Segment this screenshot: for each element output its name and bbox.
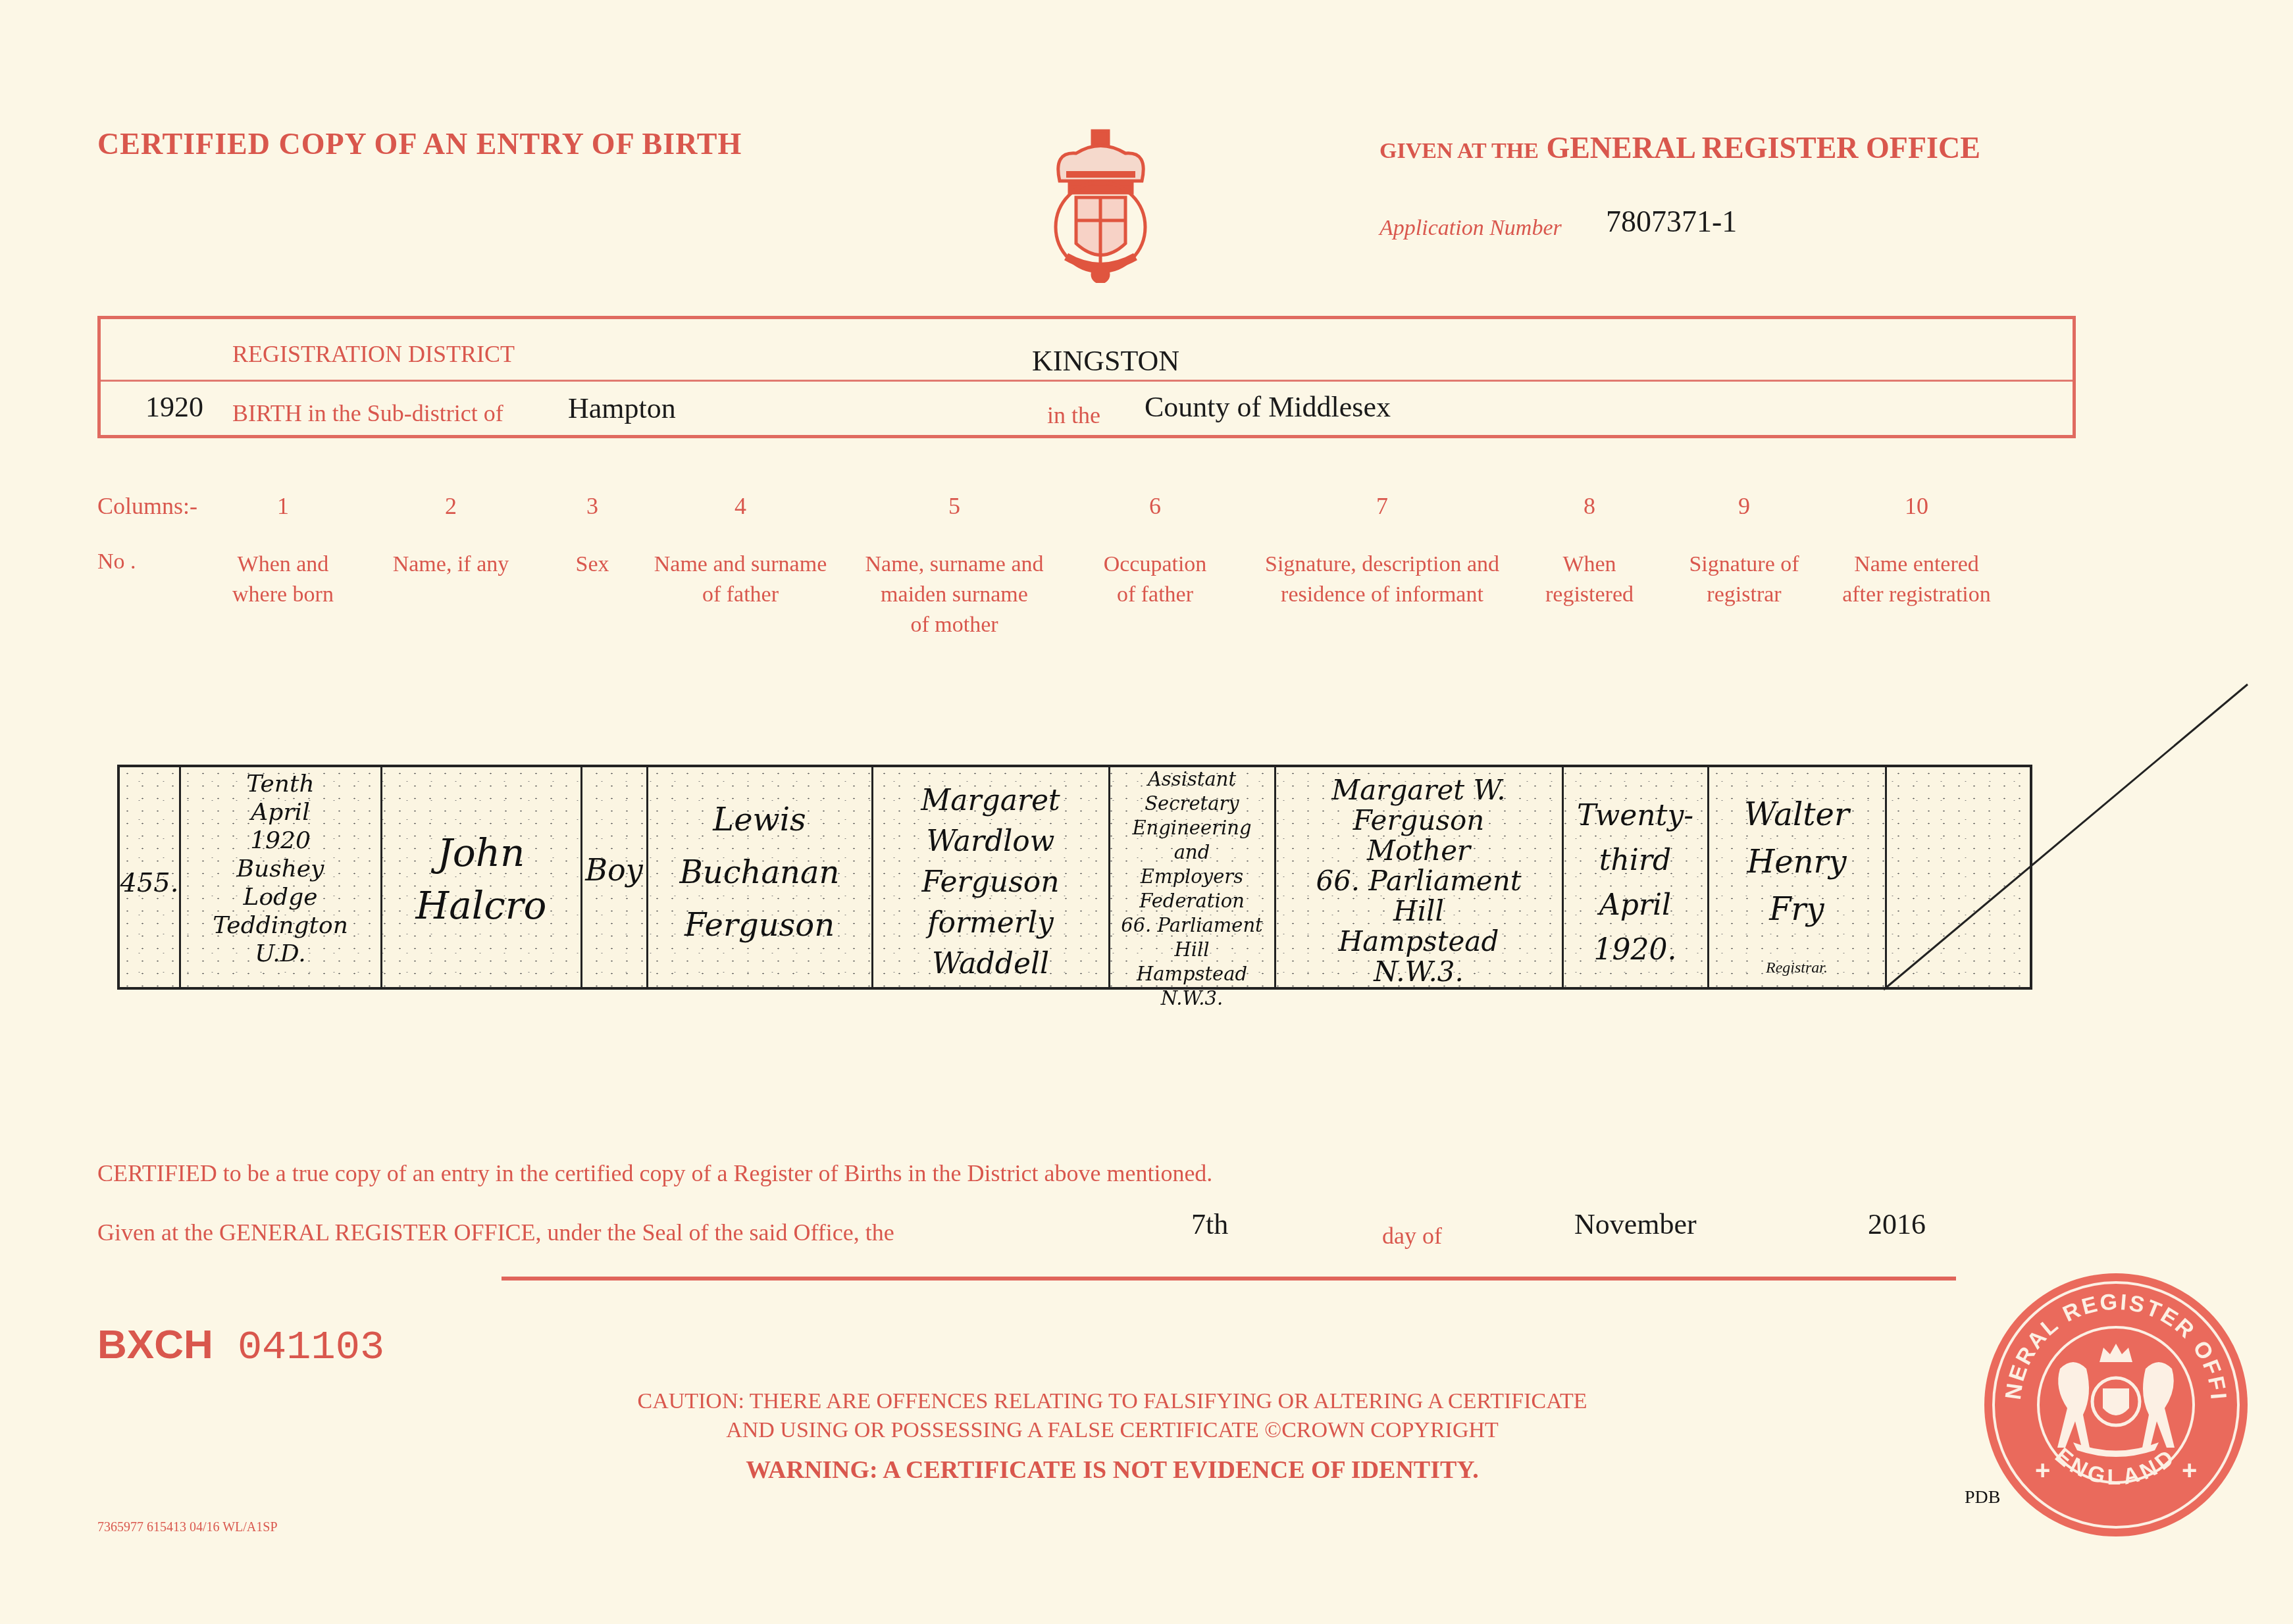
certificate-serial: BXCH 041103 [97, 1321, 384, 1371]
sub-district-label: BIRTH in the Sub-district of [232, 399, 503, 427]
column-heading-informant: Signature, description and residence of … [1265, 549, 1499, 610]
caution-notice: CAUTION: THERE ARE OFFENCES RELATING TO … [637, 1387, 1587, 1445]
column-number-5: 5 [948, 492, 960, 520]
column-number-1: 1 [277, 492, 289, 520]
in-the-label: in the [1047, 401, 1100, 429]
column-number-2: 2 [445, 492, 457, 520]
birth-year: 1920 [145, 390, 203, 424]
county-value: County of Middlesex [1145, 390, 1391, 424]
entry-sex: Boy [582, 853, 646, 887]
given-office: GENERAL REGISTER OFFICE [1546, 131, 1980, 165]
certificate-title: CERTIFIED COPY OF AN ENTRY OF BIRTH [97, 126, 742, 161]
serial-number: 041103 [238, 1324, 384, 1371]
given-prefix: GIVEN AT THE [1379, 139, 1539, 163]
columns-label: Columns:- [97, 492, 197, 520]
registration-district-label: REGISTRATION DISTRICT [232, 340, 515, 368]
column-heading-occupation: Occupation of father [1104, 549, 1207, 610]
entry-child-name: John Halcro [382, 826, 580, 932]
column-heading-registrar-signature: Signature of registrar [1689, 549, 1799, 610]
registration-district-value: KINGSTON [1032, 344, 1179, 378]
strike-through-line [1882, 683, 2251, 992]
column-number-10: 10 [1905, 492, 1928, 520]
issue-month: November [1574, 1207, 1697, 1241]
registration-district-box: REGISTRATION DISTRICT KINGSTON 1920 BIRT… [97, 316, 2076, 438]
column-number-9: 9 [1738, 492, 1750, 520]
registrar-label: Registrar. [1709, 958, 1885, 978]
application-number-label: Application Number [1379, 216, 1562, 241]
application-number: 7807371-1 [1606, 204, 1737, 239]
sub-district-value: Hampton [568, 392, 676, 425]
day-of-label: day of [1382, 1222, 1442, 1250]
royal-crest-icon [1040, 128, 1162, 283]
entry-when-registered: Twenty- third April 1920. [1563, 794, 1707, 973]
issue-year: 2016 [1868, 1207, 1926, 1241]
entry-number: 455. [120, 866, 179, 900]
register-entry-table: 455. Tenth April 1920 Bushey Lodge Teddi… [117, 765, 2032, 990]
general-register-office-seal-icon: GENERAL REGISTER OFFICE ENGLAND + + [1981, 1270, 2251, 1540]
column-number-4: 4 [734, 492, 746, 520]
column-no-heading: No . [97, 549, 136, 574]
given-at-statement: Given at the GENERAL REGISTER OFFICE, un… [97, 1219, 894, 1246]
column-heading-name: Name, if any [393, 549, 509, 580]
given-at-office-heading: GIVEN AT THE GENERAL REGISTER OFFICE [1379, 130, 1980, 165]
column-heading-sex: Sex [576, 549, 609, 580]
column-number-7: 7 [1376, 492, 1388, 520]
column-heading-when-where-born: When and where born [232, 549, 334, 610]
entry-occupation-father: Assistant Secretary Engineering and Empl… [1110, 767, 1274, 1011]
entry-father: Lewis Buchanan Ferguson [648, 794, 871, 952]
column-heading-mother: Name, surname and maiden surname of moth… [865, 549, 1044, 640]
serial-prefix: BXCH [97, 1322, 213, 1367]
column-number-8: 8 [1584, 492, 1595, 520]
entry-registrar-signature: Walter Henry Fry [1709, 791, 1885, 933]
column-heading-father: Name and surname of father [654, 549, 827, 610]
entry-informant: Margaret W. Ferguson Mother 66. Parliame… [1275, 775, 1562, 987]
column-heading-name-after-registration: Name entered after registration [1842, 549, 1991, 610]
identity-warning: WARNING: A CERTIFICATE IS NOT EVIDENCE O… [746, 1456, 1479, 1484]
entry-mother: Margaret Wardlow Ferguson formerly Wadde… [873, 780, 1108, 984]
column-heading-when-registered: When registered [1545, 549, 1634, 610]
district-divider [101, 380, 2073, 382]
certified-statement: CERTIFIED to be a true copy of an entry … [97, 1159, 1212, 1187]
svg-text:+: + [2035, 1456, 2050, 1485]
svg-text:+: + [2182, 1456, 2197, 1485]
column-number-6: 6 [1149, 492, 1161, 520]
signature-rule [502, 1277, 1956, 1281]
issue-day: 7th [1191, 1207, 1228, 1241]
column-number-3: 3 [586, 492, 598, 520]
entry-when-where-born: Tenth April 1920 Bushey Lodge Teddington… [180, 770, 380, 968]
print-code: 7365977 615413 04/16 WL/A1SP [97, 1520, 278, 1535]
